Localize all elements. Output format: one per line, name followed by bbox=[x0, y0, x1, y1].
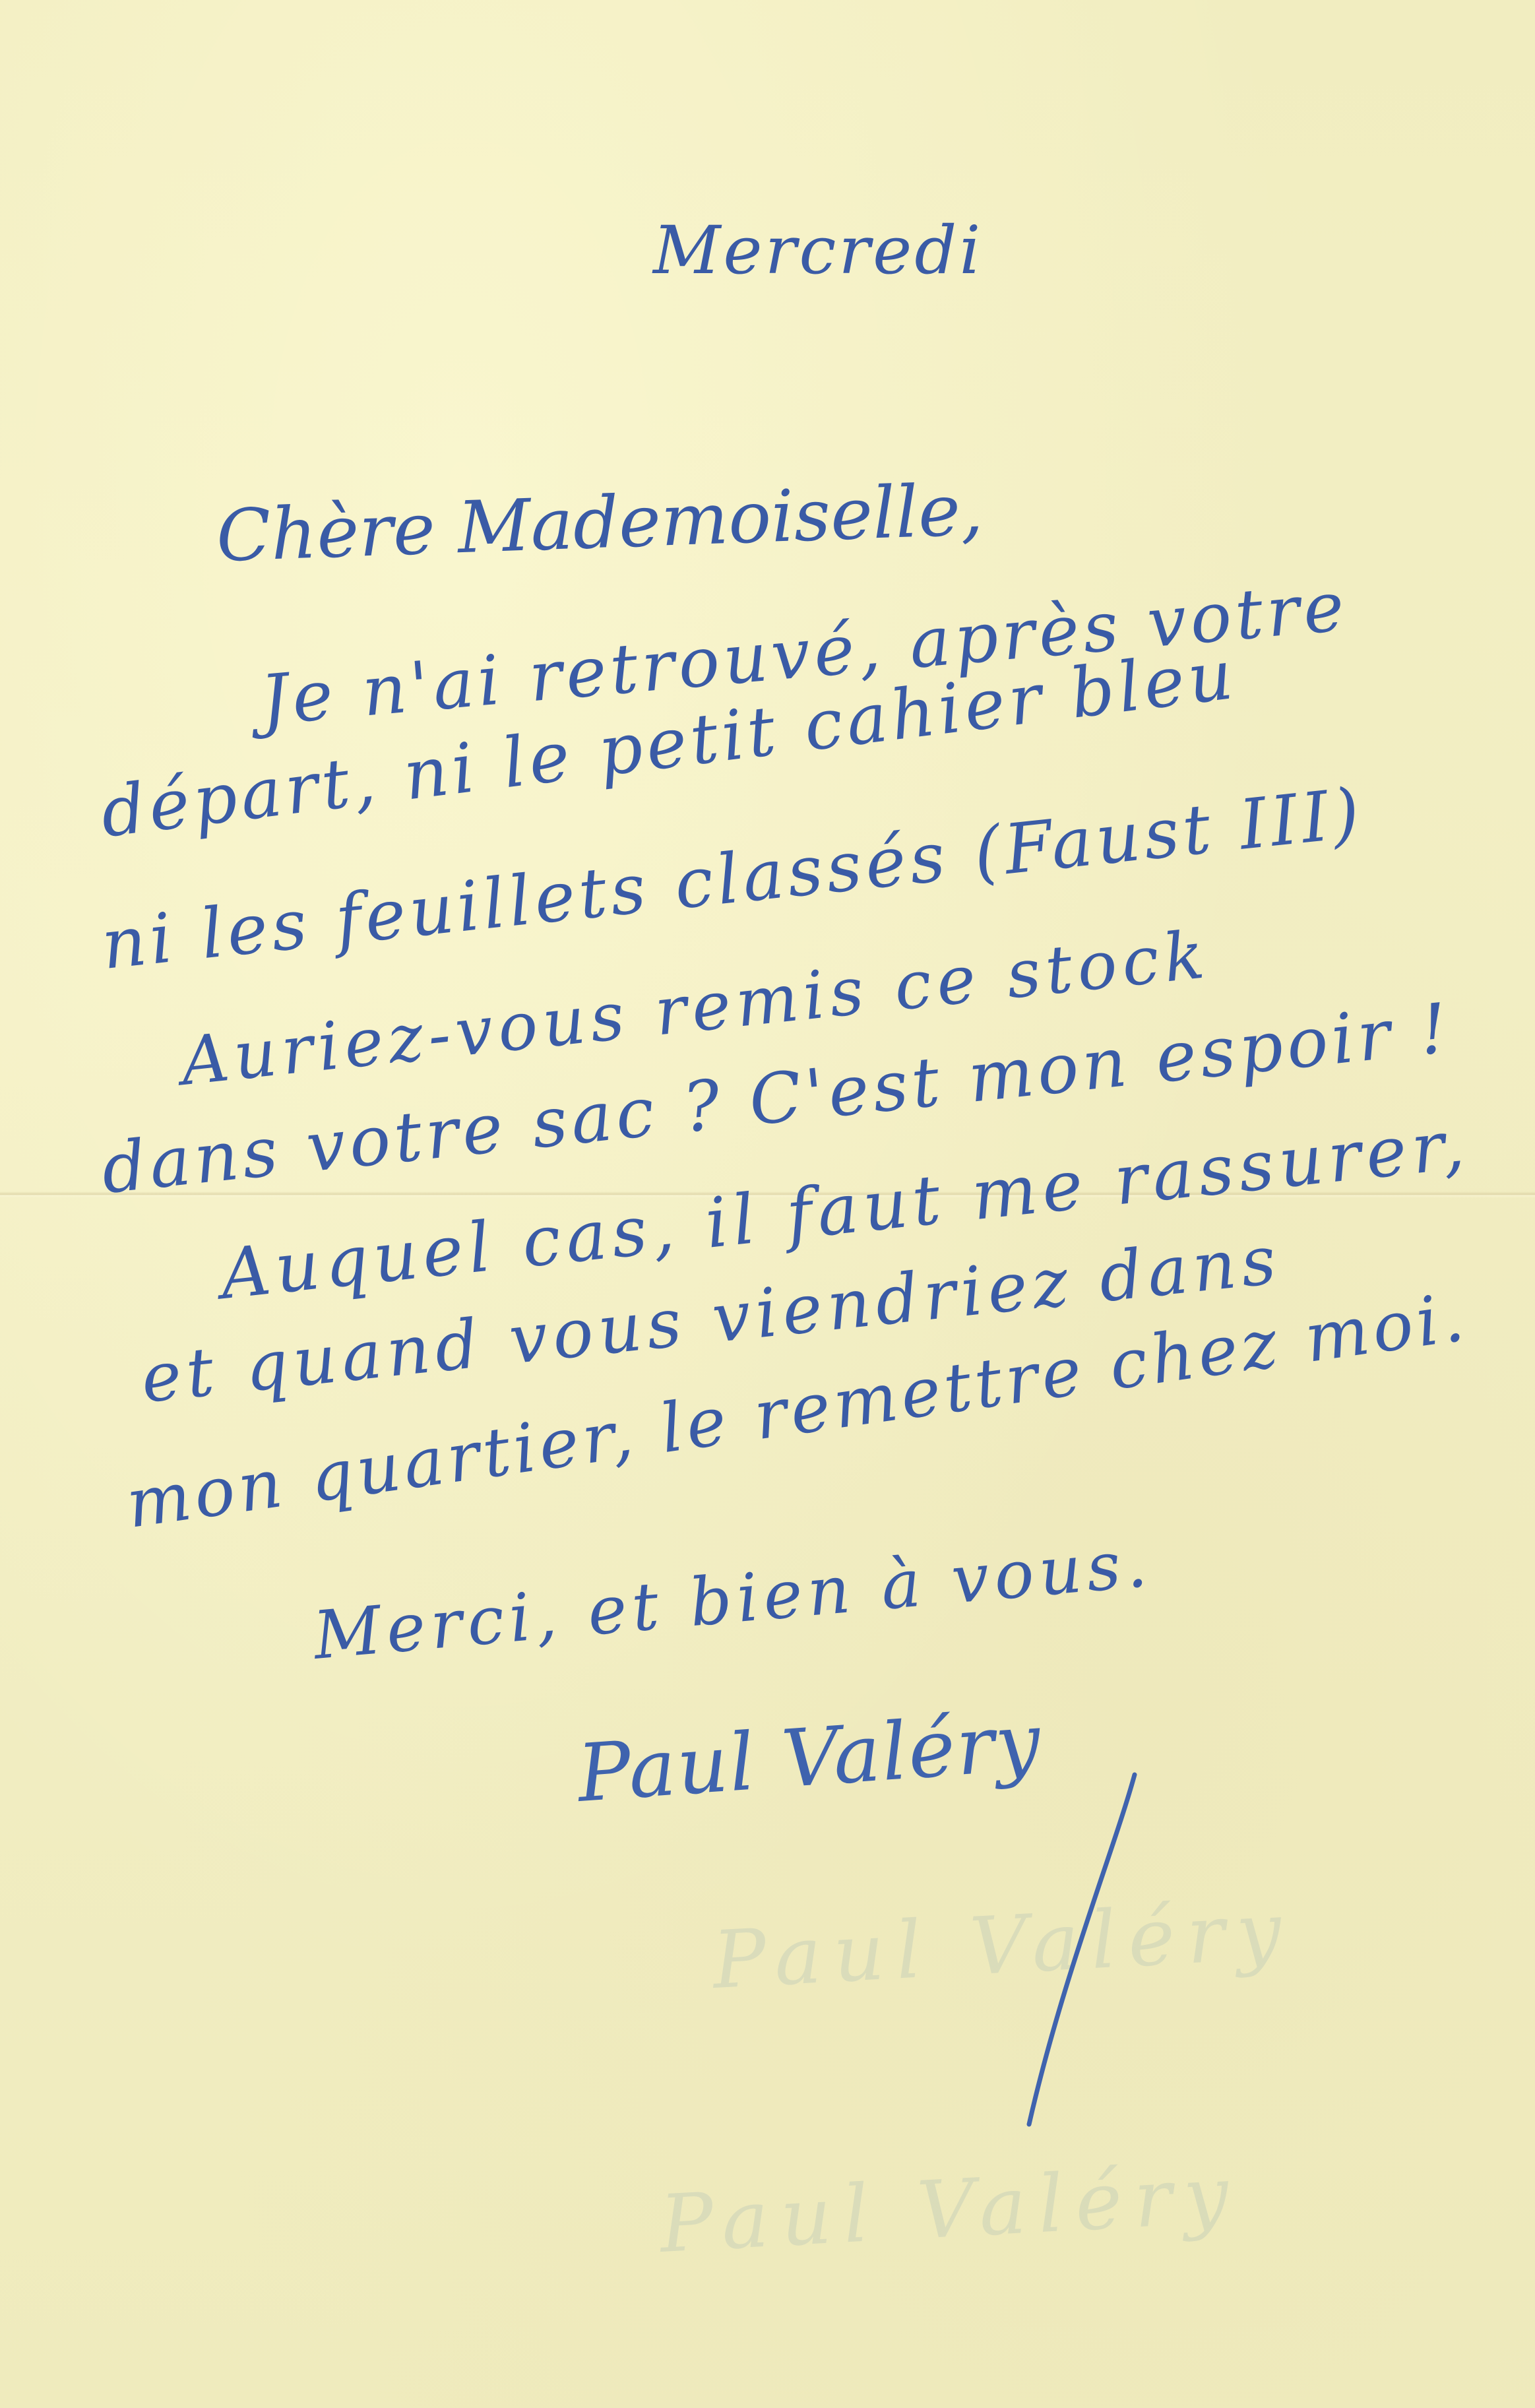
salutation: Chère Mademoiselle, bbox=[215, 474, 984, 573]
signature: Paul Valéry bbox=[575, 1703, 1044, 1814]
show-through-ghost-text-lower: Paul Valéry bbox=[658, 2149, 1243, 2271]
closing-line: Merci, et bien à vous. bbox=[311, 1530, 1154, 1669]
letter-page: Paul Valéry Paul Valéry Mercredi Chère M… bbox=[0, 0, 1535, 2408]
date-line: Mercredi bbox=[653, 218, 983, 284]
signature-flourish-icon bbox=[1003, 1768, 1148, 2138]
